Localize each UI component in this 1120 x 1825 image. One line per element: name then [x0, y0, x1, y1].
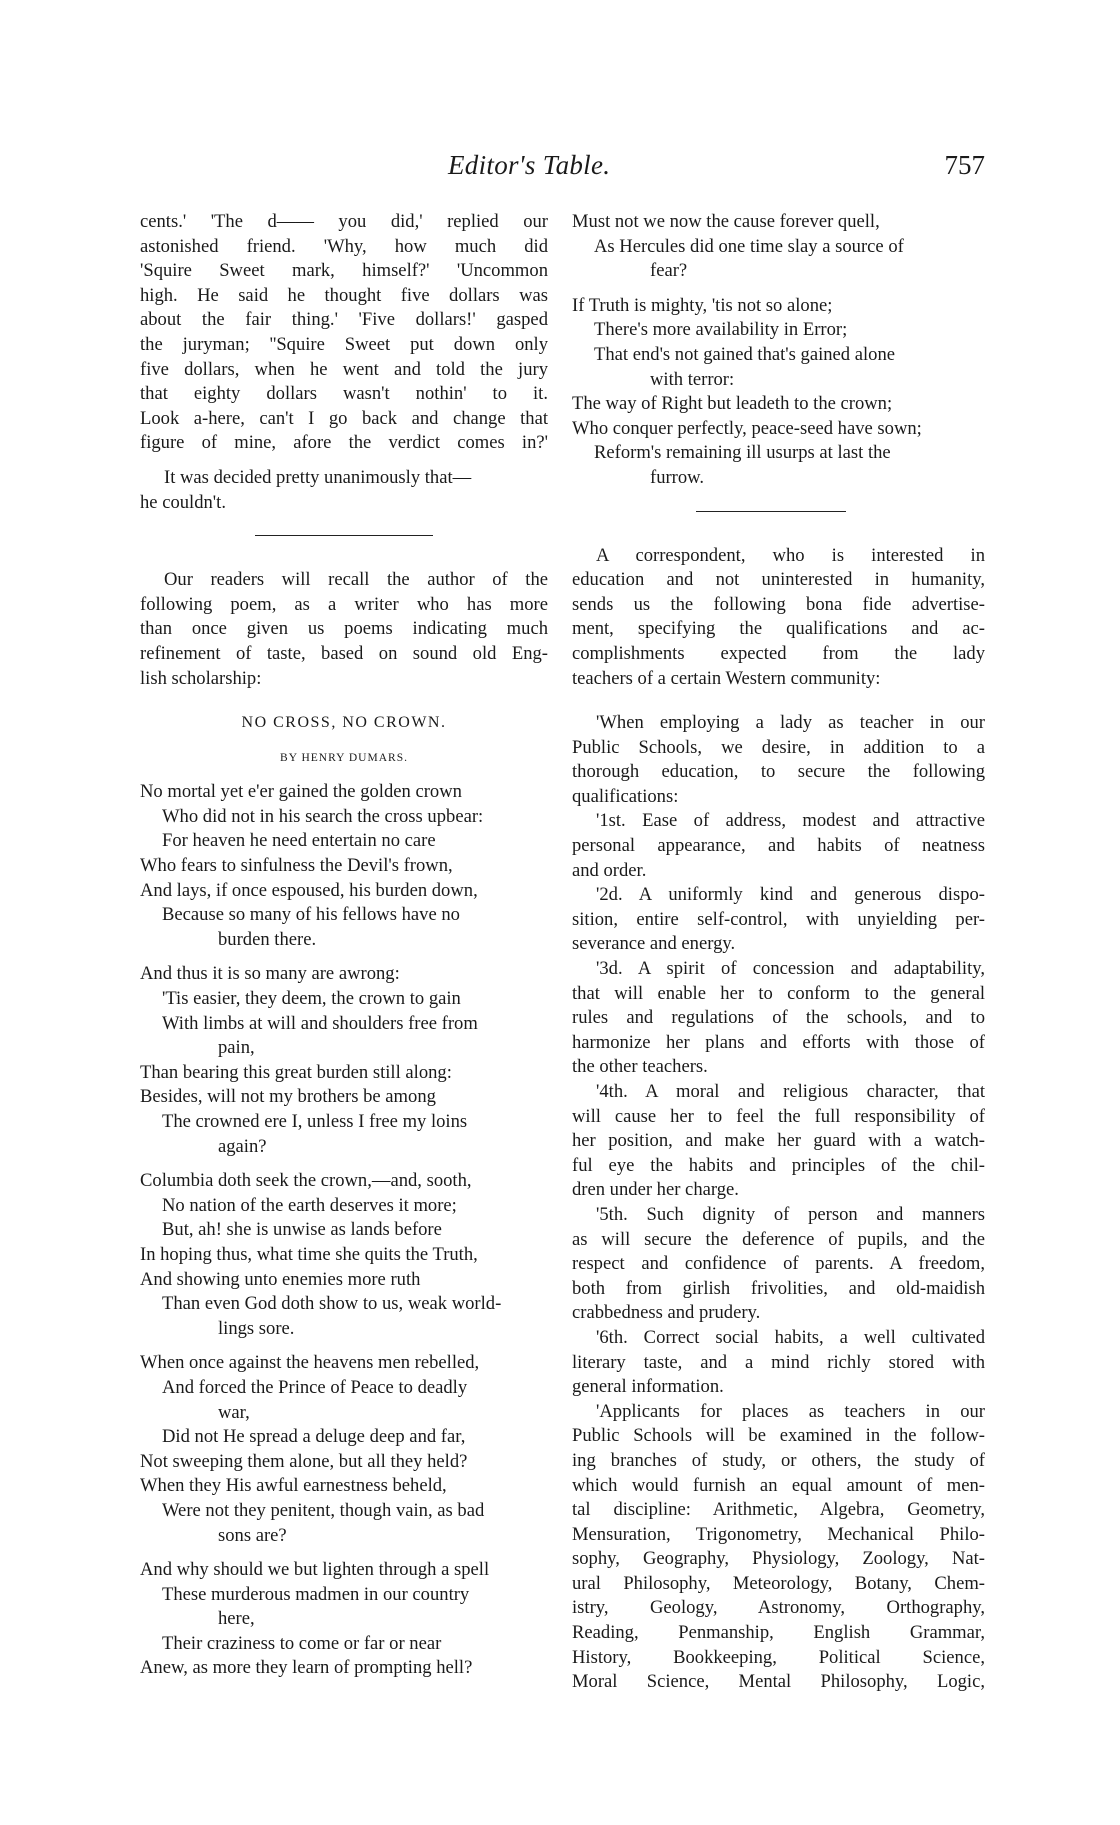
- correspondent-intro: A correspondent, who is interested in ed…: [572, 544, 985, 692]
- text-line: istry, Geology, Astronomy, Orthography,: [572, 1596, 985, 1621]
- text-line: refinement of taste, based on sound old …: [140, 642, 548, 667]
- text-line: as will secure the deference of pupils, …: [572, 1228, 985, 1253]
- poem-line: with terror:: [572, 368, 985, 393]
- text-line: History, Bookkeeping, Political Science,: [572, 1646, 985, 1671]
- text-line: 'When employing a lady as teacher in our: [572, 711, 985, 736]
- advertisement-paragraph: '3d. A spirit of concession and adaptabi…: [572, 957, 985, 1080]
- poem-stanzas: No mortal yet e'er gained the golden cro…: [140, 780, 548, 1681]
- advertisement-paragraph: '5th. Such dignity of person and manners…: [572, 1203, 985, 1326]
- text-line: thorough education, to secure the follow…: [572, 760, 985, 785]
- poem-stanza: Columbia doth seek the crown,—and, sooth…: [140, 1169, 548, 1341]
- poem-line: In hoping thus, what time she quits the …: [140, 1243, 548, 1268]
- text-line: qualifications:: [572, 785, 985, 810]
- poem-line: And why should we but lighten through a …: [140, 1558, 548, 1583]
- poem-line: Who did not in his search the cross upbe…: [140, 805, 548, 830]
- poem-line: With limbs at will and shoulders free fr…: [140, 1012, 548, 1037]
- poem-line: Who fears to sinfulness the Devil's frow…: [140, 854, 548, 879]
- text-line: '1st. Ease of address, modest and attrac…: [572, 809, 985, 834]
- poem-line: And lays, if once espoused, his burden d…: [140, 879, 548, 904]
- right-column: Must not we now the cause forever quell,…: [572, 210, 985, 1695]
- advertisement-quote: 'When employing a lady as teacher in our…: [572, 711, 985, 1695]
- text-line: Our readers will recall the author of th…: [140, 568, 548, 593]
- advertisement-paragraph: 'When employing a lady as teacher in our…: [572, 711, 985, 809]
- text-line: severance and energy.: [572, 932, 985, 957]
- poem-line: And forced the Prince of Peace to deadly: [140, 1376, 548, 1401]
- text-line: Public Schools, we desire, in addition t…: [572, 736, 985, 761]
- advertisement-paragraph: 'Applicants for places as teachers in ou…: [572, 1400, 985, 1695]
- text-line: '4th. A moral and religious character, t…: [572, 1080, 985, 1105]
- text-line: sophy, Geography, Physiology, Zoology, N…: [572, 1547, 985, 1572]
- poem-line: These murderous madmen in our country: [140, 1583, 548, 1608]
- advertisement-paragraph: '6th. Correct social habits, a well cult…: [572, 1326, 985, 1400]
- text-line: Mensuration, Trigonometry, Mechanical Ph…: [572, 1523, 985, 1548]
- text-line: crabbedness and prudery.: [572, 1301, 985, 1326]
- poem-stanza: And why should we but lighten through a …: [140, 1558, 548, 1681]
- text-line: about the fair thing.' 'Five dollars!' g…: [140, 308, 548, 333]
- anecdote-ending: cents.' 'The d—— you did,' replied our a…: [140, 210, 548, 456]
- poem-line: lings sore.: [140, 1317, 548, 1342]
- text-line: A correspondent, who is interested in: [572, 544, 985, 569]
- text-line: than once given us poems indicating much: [140, 617, 548, 642]
- text-line: which would furnish an equal amount of m…: [572, 1474, 985, 1499]
- poem-line: furrow.: [572, 466, 985, 491]
- text-line: he couldn't.: [140, 491, 548, 516]
- text-line: that eighty dollars wasn't nothin' to it…: [140, 382, 548, 407]
- poem-line: war,: [140, 1401, 548, 1426]
- poem-line: Besides, will not my brothers be among: [140, 1085, 548, 1110]
- poem-stanza: No mortal yet e'er gained the golden cro…: [140, 780, 548, 952]
- poem-line: Who conquer perfectly, peace-seed have s…: [572, 417, 985, 442]
- text-line: ural Philosophy, Meteorology, Botany, Ch…: [572, 1572, 985, 1597]
- poem-line: Reform's remaining ill usurps at last th…: [572, 441, 985, 466]
- poem-line: Did not He spread a deluge deep and far,: [140, 1425, 548, 1450]
- poem-line: But, ah! she is unwise as lands before: [140, 1218, 548, 1243]
- text-line: 'Squire Sweet mark, himself?' 'Uncommon: [140, 259, 548, 284]
- poem-line: sons are?: [140, 1524, 548, 1549]
- poem-stanza: Must not we now the cause forever quell,…: [572, 210, 985, 284]
- text-line: Reading, Penmanship, English Grammar,: [572, 1621, 985, 1646]
- text-line: respect and confidence of parents. A fre…: [572, 1252, 985, 1277]
- text-line: the juryman; ''Squire Sweet put down onl…: [140, 333, 548, 358]
- left-column: cents.' 'The d—— you did,' replied our a…: [140, 210, 548, 1681]
- poem-line: No nation of the earth deserves it more;: [140, 1194, 548, 1219]
- text-line: '5th. Such dignity of person and manners: [572, 1203, 985, 1228]
- poem-line: As Hercules did one time slay a source o…: [572, 235, 985, 260]
- text-line: following poem, as a writer who has more: [140, 593, 548, 618]
- text-line: ful eye the habits and principles of the…: [572, 1154, 985, 1179]
- text-line: education and not uninterested in humani…: [572, 568, 985, 593]
- text-line: cents.' 'The d—— you did,' replied our: [140, 210, 548, 235]
- text-line: sends us the following bona fide adverti…: [572, 593, 985, 618]
- text-line: dren under her charge.: [572, 1178, 985, 1203]
- text-line: harmonize her plans and efforts with tho…: [572, 1031, 985, 1056]
- poem-line: Anew, as more they learn of prompting he…: [140, 1656, 548, 1681]
- poem-line: If Truth is mighty, 'tis not so alone;: [572, 294, 985, 319]
- text-line: her position, and make her guard with a …: [572, 1129, 985, 1154]
- text-line: complishments expected from the lady: [572, 642, 985, 667]
- text-line: '6th. Correct social habits, a well cult…: [572, 1326, 985, 1351]
- text-line: Look a-here, can't I go back and change …: [140, 407, 548, 432]
- poem-line: And showing unto enemies more ruth: [140, 1268, 548, 1293]
- poem-line: pain,: [140, 1036, 548, 1061]
- advertisement-paragraph: '1st. Ease of address, modest and attrac…: [572, 809, 985, 883]
- poem-line: burden there.: [140, 928, 548, 953]
- text-line: general information.: [572, 1375, 985, 1400]
- poem-line: 'Tis easier, they deem, the crown to gai…: [140, 987, 548, 1012]
- poem-line: fear?: [572, 259, 985, 284]
- text-line: that will enable her to conform to the g…: [572, 982, 985, 1007]
- text-line: '3d. A spirit of concession and adaptabi…: [572, 957, 985, 982]
- poem-line: When once against the heavens men rebell…: [140, 1351, 548, 1376]
- text-line: lish scholarship:: [140, 667, 548, 692]
- advertisement-paragraph: '4th. A moral and religious character, t…: [572, 1080, 985, 1203]
- poem-line: Because so many of his fellows have no: [140, 903, 548, 928]
- page-number: 757: [945, 150, 986, 181]
- text-line: ment, specifying the qualifications and …: [572, 617, 985, 642]
- poem-line: That end's not gained that's gained alon…: [572, 343, 985, 368]
- text-line: rules and regulations of the schools, an…: [572, 1006, 985, 1031]
- poem-line: Than bearing this great burden still alo…: [140, 1061, 548, 1086]
- text-line: teachers of a certain Western community:: [572, 667, 985, 692]
- poem-line: Not sweeping them alone, but all they he…: [140, 1450, 548, 1475]
- text-line: the other teachers.: [572, 1055, 985, 1080]
- text-line: five dollars, when he went and told the …: [140, 358, 548, 383]
- text-line: It was decided pretty unanimously that—: [140, 466, 548, 491]
- poem-stanzas-continued: Must not we now the cause forever quell,…: [572, 210, 985, 491]
- text-line: literary taste, and a mind richly stored…: [572, 1351, 985, 1376]
- poem-line: And thus it is so many are awrong:: [140, 962, 548, 987]
- running-head: Editor's Table. 757: [140, 150, 985, 190]
- text-line: personal appearance, and habits of neatn…: [572, 834, 985, 859]
- text-line: Moral Science, Mental Philosophy, Logic,: [572, 1670, 985, 1695]
- poem-stanza: When once against the heavens men rebell…: [140, 1351, 548, 1548]
- poem-line: The way of Right but leadeth to the crow…: [572, 392, 985, 417]
- text-line: 'Applicants for places as teachers in ou…: [572, 1400, 985, 1425]
- poem-author: BY HENRY DUMARS.: [140, 746, 548, 771]
- poem-introduction: Our readers will recall the author of th…: [140, 568, 548, 691]
- poem-line: No mortal yet e'er gained the golden cro…: [140, 780, 548, 805]
- poem-stanza: And thus it is so many are awrong:'Tis e…: [140, 962, 548, 1159]
- running-title: Editor's Table.: [448, 150, 610, 181]
- poem-line: again?: [140, 1135, 548, 1160]
- poem-line: There's more availability in Error;: [572, 318, 985, 343]
- poem-line: here,: [140, 1607, 548, 1632]
- poem-line: Were not they penitent, though vain, as …: [140, 1499, 548, 1524]
- poem-line: For heaven he need entertain no care: [140, 829, 548, 854]
- poem-line: Must not we now the cause forever quell,: [572, 210, 985, 235]
- poem-line: Their craziness to come or far or near: [140, 1632, 548, 1657]
- text-line: '2d. A uniformly kind and generous dispo…: [572, 883, 985, 908]
- text-line: tal discipline: Arithmetic, Algebra, Geo…: [572, 1498, 985, 1523]
- text-line: sition, entire self-control, with unyiel…: [572, 908, 985, 933]
- text-line: ing branches of study, or others, the st…: [572, 1449, 985, 1474]
- poem-stanza: If Truth is mighty, 'tis not so alone;Th…: [572, 294, 985, 491]
- anecdote-conclusion: It was decided pretty unanimously that— …: [140, 466, 548, 515]
- text-line: figure of mine, afore the verdict comes …: [140, 431, 548, 456]
- text-line: and order.: [572, 859, 985, 884]
- poem-title: NO CROSS, NO CROWN.: [140, 711, 548, 736]
- poem-line: When they His awful earnestness beheld,: [140, 1474, 548, 1499]
- advertisement-paragraph: '2d. A uniformly kind and generous dispo…: [572, 883, 985, 957]
- poem-line: Columbia doth seek the crown,—and, sooth…: [140, 1169, 548, 1194]
- poem-line: The crowned ere I, unless I free my loin…: [140, 1110, 548, 1135]
- poem-line: Than even God doth show to us, weak worl…: [140, 1292, 548, 1317]
- text-line: high. He said he thought five dollars wa…: [140, 284, 548, 309]
- text-line: Public Schools will be examined in the f…: [572, 1424, 985, 1449]
- text-line: will cause her to feel the full responsi…: [572, 1105, 985, 1130]
- text-line: astonished friend. 'Why, how much did: [140, 235, 548, 260]
- text-line: both from girlish frivolities, and old-m…: [572, 1277, 985, 1302]
